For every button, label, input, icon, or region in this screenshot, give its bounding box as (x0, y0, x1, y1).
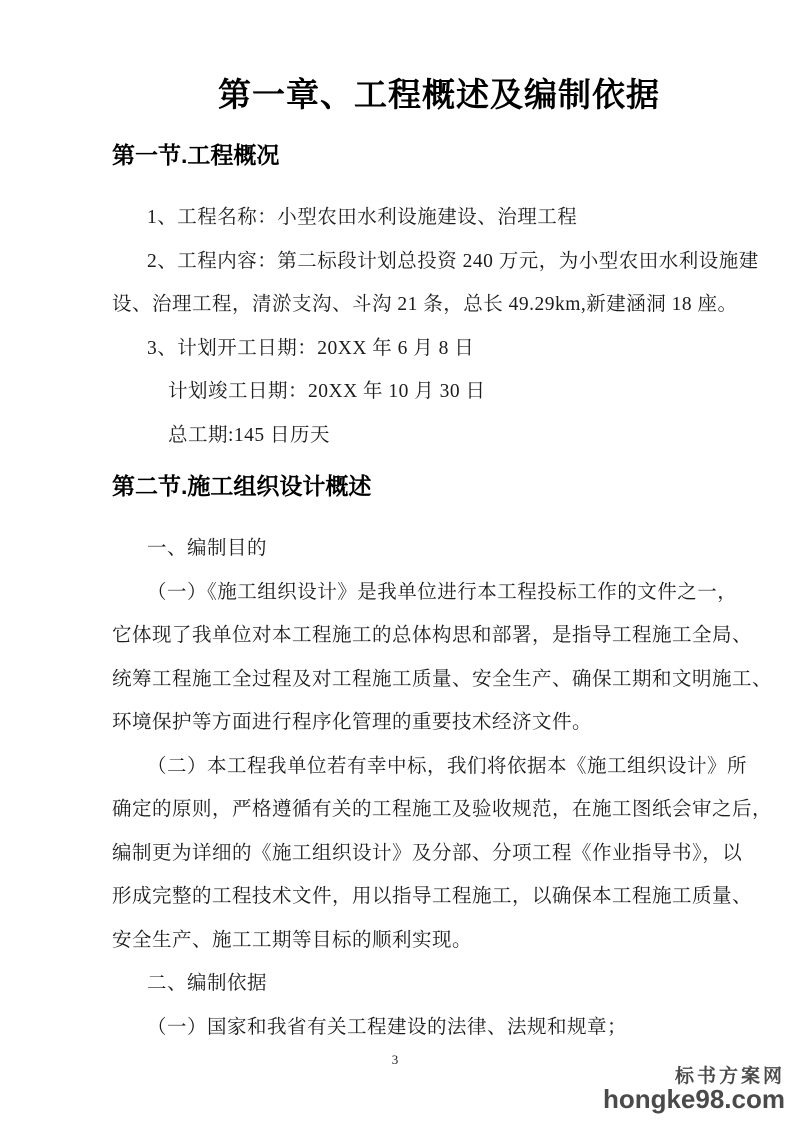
text-line: （一）国家和我省有关工程建设的法律、法规和规章； (112, 1006, 688, 1050)
text-line: 一、编制目的 (112, 527, 688, 571)
section-2-heading: 第二节.施工组织设计概述 (112, 471, 688, 501)
page-number: 3 (112, 1051, 688, 1069)
text-line: 1、工程名称：小型农田水利设施建设、治理工程 (112, 196, 688, 240)
document-page: 第一章、工程概述及编制依据 第一节.工程概况 1、工程名称：小型农田水利设施建设… (0, 0, 793, 1122)
text-line: 计划竣工日期：20XX 年 10 月 30 日 (112, 370, 688, 414)
watermark: 标书方案网 hongke98.com (603, 1067, 785, 1112)
text-line: 设、治理工程，清淤支沟、斗沟 21 条，总长 49.29km,新建涵洞 18 座… (112, 283, 688, 327)
text-line: 二、编制依据 (112, 962, 688, 1006)
text-line: 形成完整的工程技术文件，用以指导工程施工，以确保本工程施工质量、 (112, 875, 688, 919)
text-line: 编制更为详细的《施工组织设计》及分部、分项工程《作业指导书》，以 (112, 832, 688, 876)
text-line: （一）《施工组织设计》是我单位进行本工程投标工作的文件之一， (112, 571, 688, 615)
section-1-heading: 第一节.工程概况 (112, 140, 688, 170)
text-line: 它体现了我单位对本工程施工的总体构思和部署，是指导工程施工全局、 (112, 614, 688, 658)
text-line: （二）本工程我单位若有幸中标，我们将依据本《施工组织设计》所 (112, 745, 688, 789)
watermark-site-url: hongke98.com (603, 1087, 785, 1112)
text-line: 安全生产、施工工期等目标的顺利实现。 (112, 919, 688, 963)
text-line: 确定的原则，严格遵循有关的工程施工及验收规范，在施工图纸会审之后， (112, 788, 688, 832)
text-line: 环境保护等方面进行程序化管理的重要技术经济文件。 (112, 701, 688, 745)
text-line: 总工期:145 日历天 (112, 414, 688, 458)
chapter-title: 第一章、工程概述及编制依据 (112, 76, 688, 116)
text-line: 统筹工程施工全过程及对工程施工质量、安全生产、确保工期和文明施工、 (112, 658, 688, 702)
text-line: 2、工程内容：第二标段计划总投资 240 万元，为小型农田水利设施建 (112, 240, 688, 284)
text-line: 3、计划开工日期：20XX 年 6 月 8 日 (112, 327, 688, 371)
